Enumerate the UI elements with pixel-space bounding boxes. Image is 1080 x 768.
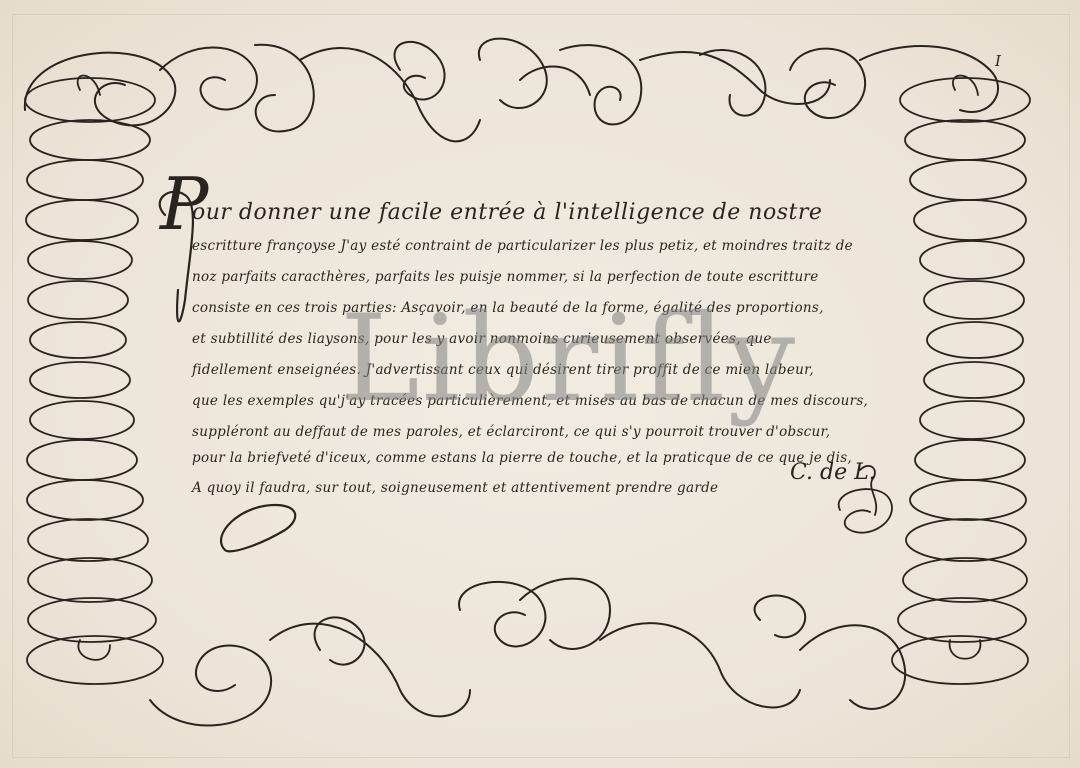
signature-monogram: C. de L. [790, 460, 876, 485]
top-flourishes [25, 39, 998, 142]
page-number: I [995, 52, 1001, 70]
text-line-10: A quoy il faudra, sur tout, soigneusemen… [192, 480, 718, 496]
text-line-2: escritture françoyse J'ay esté contraint… [192, 238, 853, 254]
text-line-3: noz parfaits caracthères, parfaits les p… [192, 269, 819, 285]
bottom-flourishes [150, 579, 905, 726]
right-column-loops [892, 76, 1030, 684]
text-line-9: pour la briefveté d'iceux, comme estans … [192, 450, 852, 466]
watermark: Librifly [340, 300, 797, 420]
left-column-loops [25, 76, 163, 684]
text-line-1: our donner une facile entrée à l'intelli… [192, 200, 822, 225]
